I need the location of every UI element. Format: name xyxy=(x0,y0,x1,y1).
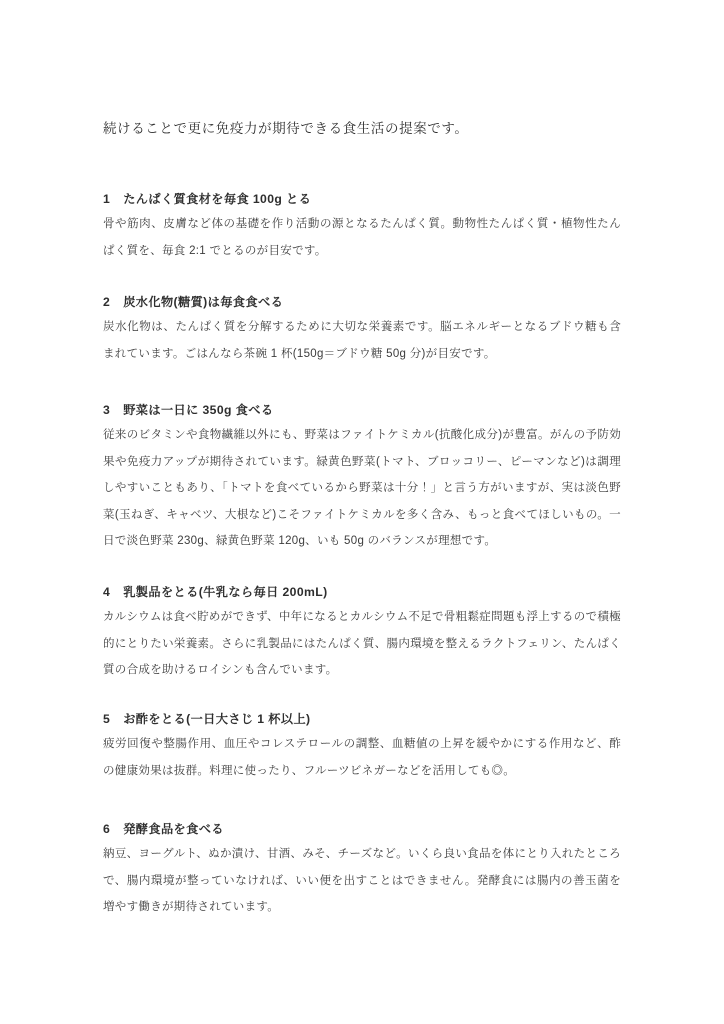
section-5-body: 疲労回復や整腸作用、血圧やコレステロールの調整、血糖値の上昇を緩やかにする作用な… xyxy=(103,731,621,784)
section-5-heading: 5 お酢をとる(一日大さじ 1 杯以上) xyxy=(103,710,621,728)
section-2-title: 炭水化物(糖質)は毎食食べる xyxy=(123,293,283,311)
section-2-heading: 2 炭水化物(糖質)は毎食食べる xyxy=(103,293,621,311)
section-6-number: 6 xyxy=(103,820,110,838)
section-2-body: 炭水化物は、たんぱく質を分解するために大切な栄養素です。脳エネルギーとなるブドウ… xyxy=(103,314,621,367)
section-6: 6 発酵食品を食べる 納豆、ヨーグルト、ぬか漬け、甘酒、みそ、チーズなど。いくら… xyxy=(103,820,621,921)
section-6-heading: 6 発酵食品を食べる xyxy=(103,820,621,838)
section-1-title: たんぱく質食材を毎食 100g とる xyxy=(123,190,311,208)
section-5: 5 お酢をとる(一日大さじ 1 杯以上) 疲労回復や整腸作用、血圧やコレステロー… xyxy=(103,710,621,784)
section-1-heading: 1 たんぱく質食材を毎食 100g とる xyxy=(103,190,621,208)
document-page: 続けることで更に免疫力が期待できる食生活の提案です。 1 たんぱく質食材を毎食 … xyxy=(0,0,724,1024)
section-5-number: 5 xyxy=(103,710,110,728)
section-6-body: 納豆、ヨーグルト、ぬか漬け、甘酒、みそ、チーズなど。いくら良い食品を体にとり入れ… xyxy=(103,841,621,921)
section-3-heading: 3 野菜は一日に 350g 食べる xyxy=(103,401,621,419)
section-4-title: 乳製品をとる(牛乳なら毎日 200mL) xyxy=(123,583,327,601)
section-1: 1 たんぱく質食材を毎食 100g とる 骨や筋肉、皮膚など体の基礎を作り活動の… xyxy=(103,190,621,264)
section-2: 2 炭水化物(糖質)は毎食食べる 炭水化物は、たんぱく質を分解するために大切な栄… xyxy=(103,293,621,367)
section-1-number: 1 xyxy=(103,190,110,208)
section-3-number: 3 xyxy=(103,401,110,419)
section-3-title: 野菜は一日に 350g 食べる xyxy=(123,401,273,419)
section-3-body: 従来のビタミンや食物繊維以外にも、野菜はファイトケミカル(抗酸化成分)が豊富。が… xyxy=(103,422,621,555)
section-4: 4 乳製品をとる(牛乳なら毎日 200mL) カルシウムは食べ貯めができず、中年… xyxy=(103,583,621,684)
section-3: 3 野菜は一日に 350g 食べる 従来のビタミンや食物繊維以外にも、野菜はファ… xyxy=(103,401,621,555)
section-4-number: 4 xyxy=(103,583,110,601)
intro-paragraph: 続けることで更に免疫力が期待できる食生活の提案です。 xyxy=(103,119,623,138)
section-6-title: 発酵食品を食べる xyxy=(123,820,224,838)
section-4-body: カルシウムは食べ貯めができず、中年になるとカルシウム不足で骨粗鬆症問題も浮上する… xyxy=(103,604,621,684)
section-2-number: 2 xyxy=(103,293,110,311)
section-1-body: 骨や筋肉、皮膚など体の基礎を作り活動の源となるたんぱく質。動物性たんぱく質・植物… xyxy=(103,211,621,264)
section-5-title: お酢をとる(一日大さじ 1 杯以上) xyxy=(123,710,310,728)
section-4-heading: 4 乳製品をとる(牛乳なら毎日 200mL) xyxy=(103,583,621,601)
